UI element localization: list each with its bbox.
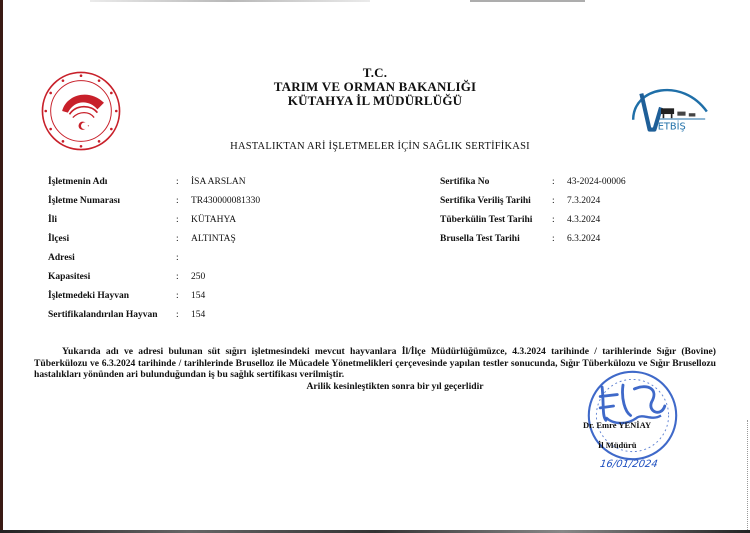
field-value: İSA ARSLAN	[191, 177, 246, 187]
field-label: Kapasitesi	[48, 272, 90, 282]
field-label: İlçesi	[48, 234, 69, 244]
field-value: 43-2024-00006	[567, 177, 626, 187]
header-tc: T.C.	[0, 66, 750, 80]
signer-name: Dr. Emre YENİAY	[583, 420, 651, 430]
header-directorate: KÜTAHYA İL MÜDÜRLÜĞÜ	[0, 94, 750, 108]
field-label: İşletmedeki Hayvan	[48, 291, 129, 301]
field-label: Sertifika Veriliş Tarihi	[440, 196, 531, 206]
handwritten-date: 16/01/2024	[599, 459, 658, 470]
field-label: İli	[48, 215, 57, 225]
field-label: Sertifikalandırılan Hayvan	[48, 310, 158, 320]
field-label: Sertifika No	[440, 177, 489, 187]
field-value: 4.3.2024	[567, 215, 600, 225]
field-value: 250	[191, 272, 205, 282]
certificate-title: HASTALIKTAN ARİ İŞLETMELER İÇİN SAĞLIK S…	[0, 141, 750, 152]
document-header: T.C. TARIM VE ORMAN BAKANLIĞI KÜTAHYA İL…	[0, 66, 750, 108]
field-value: 7.3.2024	[567, 196, 600, 206]
svg-text:ETBİŞ: ETBİŞ	[658, 120, 686, 133]
field-label: Adresi	[48, 253, 75, 263]
scan-edge-right	[746, 420, 748, 530]
field-label: Tüberkülin Test Tarihi	[440, 215, 532, 225]
signer-title: İl Müdürü	[598, 440, 637, 450]
scan-edge-top	[90, 0, 370, 2]
field-value: ALTINTAŞ	[191, 234, 236, 244]
field-value: TR430000081330	[191, 196, 260, 206]
field-label: İşletmenin Adı	[48, 177, 107, 187]
field-value: 154	[191, 310, 205, 320]
scan-edge-top	[470, 0, 585, 2]
field-value: 6.3.2024	[567, 234, 600, 244]
field-value: 154	[191, 291, 205, 301]
header-ministry: TARIM VE ORMAN BAKANLIĞI	[0, 80, 750, 94]
field-value: KÜTAHYA	[191, 215, 236, 225]
field-label: Brusella Test Tarihi	[440, 234, 520, 244]
field-label: İşletme Numarası	[48, 196, 120, 206]
